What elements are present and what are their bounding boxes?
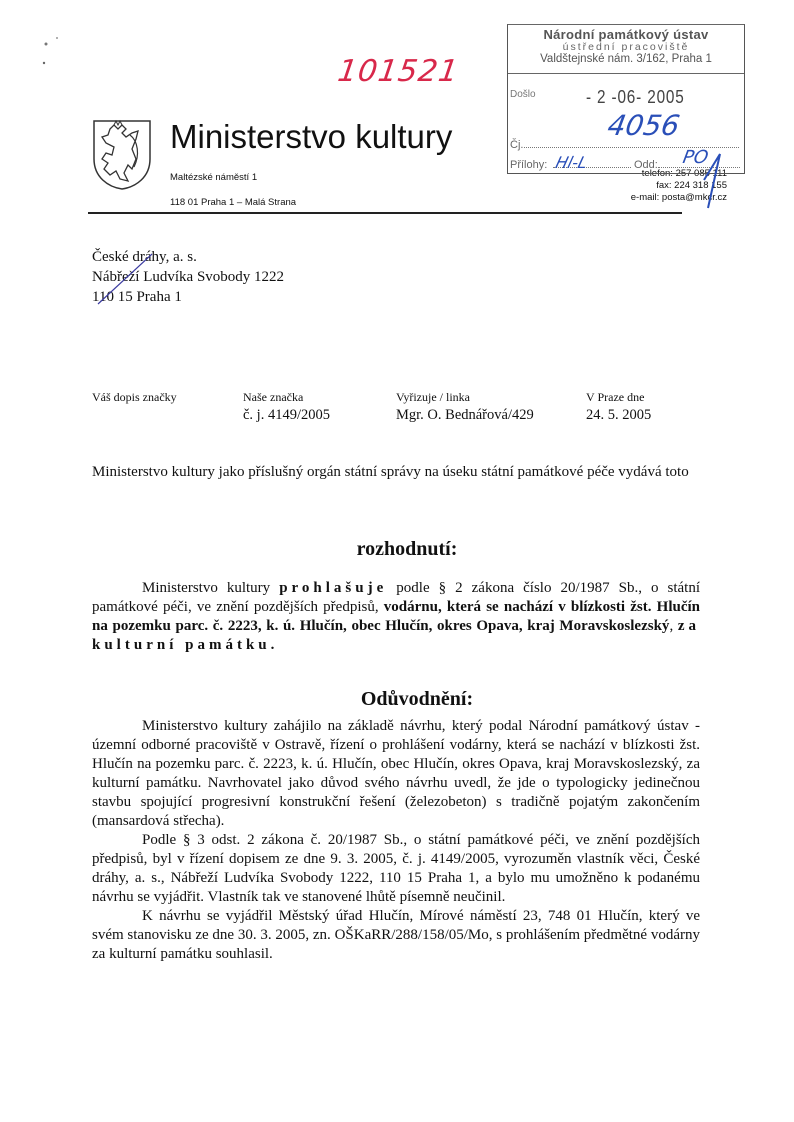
ref-our-mark-value: č. j. 4149/2005 [243,407,330,424]
pen-stroke-mark [94,250,154,306]
decision-paragraph: Ministerstvo kultury prohlašuje podle § … [92,579,700,655]
scan-specks [38,30,68,70]
decision-declares: prohlašuje [279,580,387,596]
handwritten-registry-number: 101521 [336,54,461,89]
header-divider [88,212,682,214]
stamp-attachments-handwritten: Hl-L [554,153,590,172]
decision-heading: rozhodnutí: [10,538,794,561]
stamp-address: Valdštejnské nám. 3/162, Praha 1 [508,53,744,66]
decision-part3: , [669,618,677,634]
justification-heading: Odůvodnění: [20,688,794,711]
decision-za: za [678,618,700,634]
justification-paragraph-3: K návrhu se vyjádřil Městský úřad Hlučín… [92,907,700,964]
stamp-ref-handwritten: 4056 [605,109,682,142]
ref-our-mark: Naše značka č. j. 4149/2005 [243,390,330,424]
ref-handled-by-value: Mgr. O. Bednářová/429 [396,407,534,424]
intro-paragraph: Ministerstvo kultury jako příslušný orgá… [92,463,699,482]
ministry-title: Ministerstvo kultury [170,118,452,156]
stamp-header: Národní památkový ústav ústřední pracovi… [508,25,744,74]
ref-handled-by-label: Vyřizuje / linka [396,390,534,405]
stamp-organization: Národní památkový ústav [508,27,744,42]
decision-part1: Ministerstvo kultury [142,580,279,596]
justification-paragraph-2: Podle § 3 odst. 2 zákona č. 20/1987 Sb.,… [92,831,700,907]
stamp-received-date: - 2 -06- 2005 [586,87,685,108]
stamp-department-label: Odd: [634,159,658,171]
stamp-received-label: Došlo [510,89,536,100]
ref-date: V Praze dne 24. 5. 2005 [586,390,651,424]
ref-your-letter: Váš dopis značky [92,390,177,407]
ref-our-mark-label: Naše značka [243,390,330,405]
ref-date-value: 24. 5. 2005 [586,407,651,424]
ministry-street: Maltézské náměstí 1 [170,172,257,183]
stamp-department: ústřední pracoviště [508,42,744,53]
ref-your-letter-label: Váš dopis značky [92,390,177,405]
stamp-ref-label: Čj. [510,139,523,151]
justification-body: Ministerstvo kultury zahájilo na základě… [92,717,700,964]
stamp-attachments-label: Přílohy: [510,159,547,171]
ref-date-label: V Praze dne [586,390,651,405]
coat-of-arms-icon [92,119,152,191]
decision-end: . [271,637,275,653]
decision-monument: kulturní památku [92,637,271,653]
justification-paragraph-1: Ministerstvo kultury zahájilo na základě… [92,717,700,831]
handwritten-one-mark [698,150,728,210]
ministry-city: 118 01 Praha 1 – Malá Strana [170,197,296,208]
ref-handled-by: Vyřizuje / linka Mgr. O. Bednářová/429 [396,390,534,424]
